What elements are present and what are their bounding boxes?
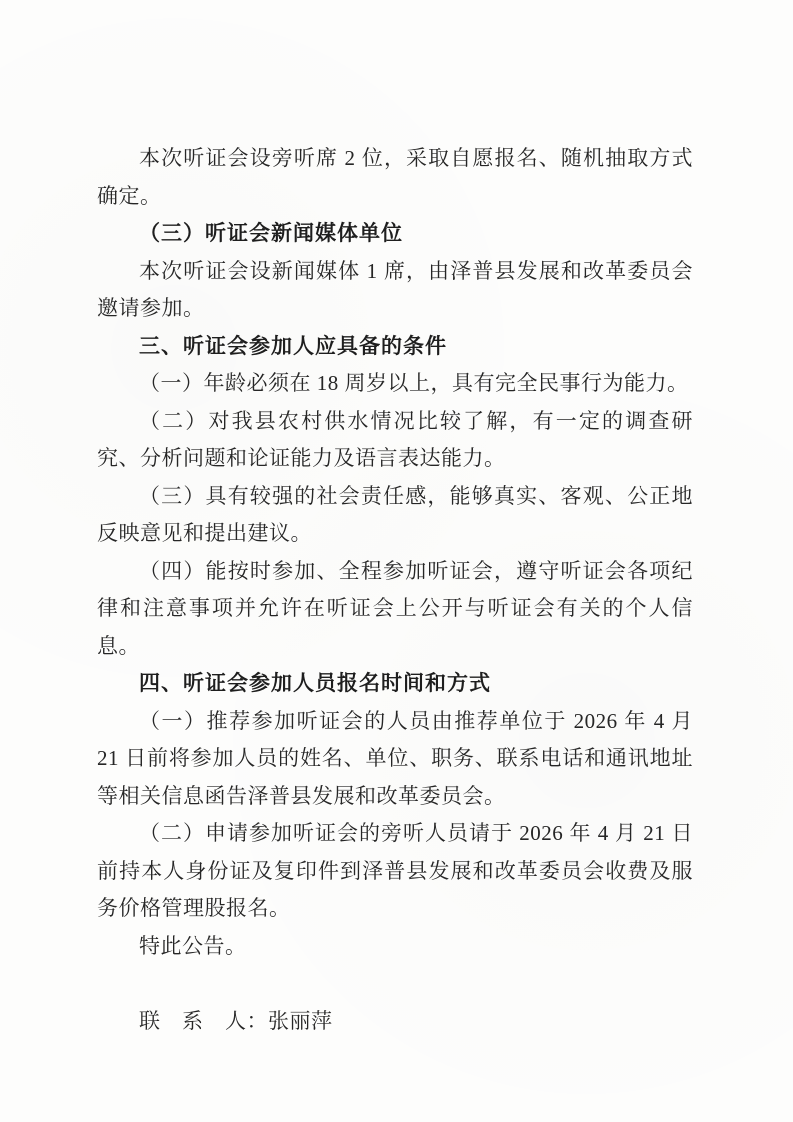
contact-line: 联 系 人：张丽萍 xyxy=(97,1003,693,1041)
paragraph: 本次听证会设旁听席 2 位，采取自愿报名、随机抽取方式确定。 xyxy=(97,140,693,215)
paragraph: （二）申请参加听证会的旁听人员请于 2026 年 4 月 21 日前持本人身份证… xyxy=(97,815,693,928)
section-heading: 四、听证会参加人员报名时间和方式 xyxy=(97,665,693,703)
paragraph: （三）具有较强的社会责任感，能够真实、客观、公正地反映意见和提出建议。 xyxy=(97,478,693,553)
section-heading: （三）听证会新闻媒体单位 xyxy=(97,215,693,253)
paragraph: 本次听证会设新闻媒体 1 席，由泽普县发展和改革委员会邀请参加。 xyxy=(97,253,693,328)
paragraph: （一）推荐参加听证会的人员由推荐单位于 2026 年 4 月 21 日前将参加人… xyxy=(97,703,693,816)
document-page: 本次听证会设旁听席 2 位，采取自愿报名、随机抽取方式确定。（三）听证会新闻媒体… xyxy=(0,0,793,1122)
document-content: 本次听证会设旁听席 2 位，采取自愿报名、随机抽取方式确定。（三）听证会新闻媒体… xyxy=(97,140,693,1040)
paragraph: （二）对我县农村供水情况比较了解，有一定的调查研究、分析问题和论证能力及语言表达… xyxy=(97,403,693,478)
paragraph: （四）能按时参加、全程参加听证会，遵守听证会各项纪律和注意事项并允许在听证会上公… xyxy=(97,553,693,666)
paragraph: （一）年龄必须在 18 周岁以上，具有完全民事行为能力。 xyxy=(97,365,693,403)
section-heading: 三、听证会参加人应具备的条件 xyxy=(97,328,693,366)
paragraph: 特此公告。 xyxy=(97,928,693,966)
